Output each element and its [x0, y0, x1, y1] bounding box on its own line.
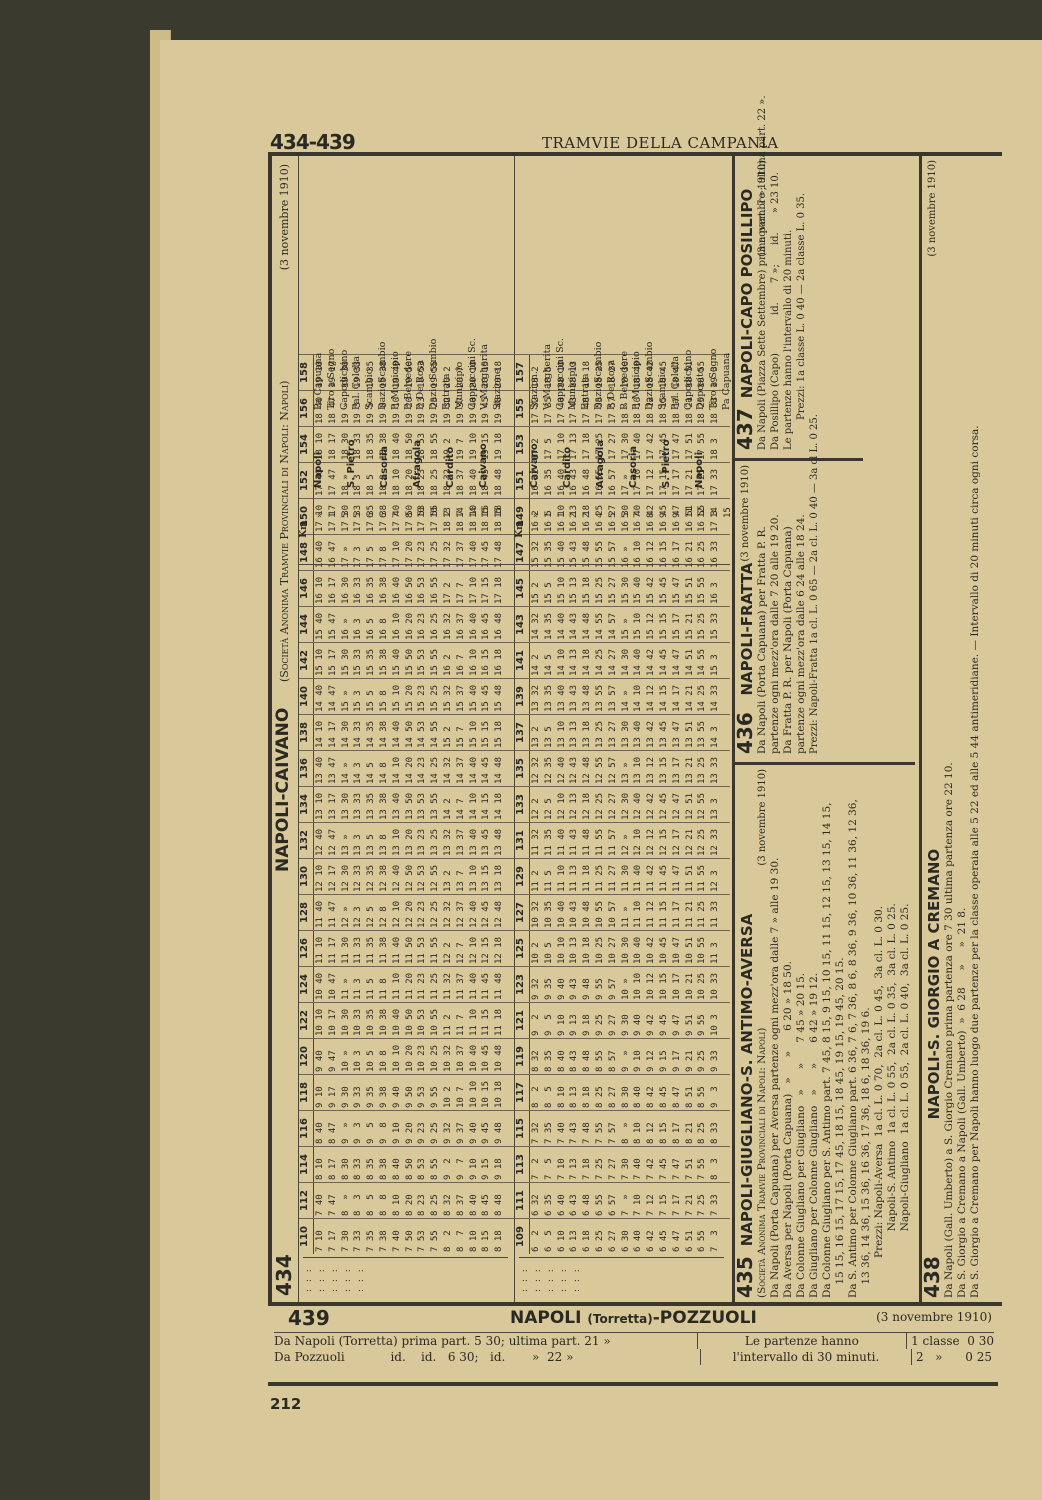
- company-note: (Società Anonima Tramvie Provinciali di …: [278, 381, 291, 682]
- stop-name: P. Belvedere: [619, 160, 632, 410]
- train-times: 14 32 14 35 14 40 14 43 14 48 14 55 14 5…: [530, 607, 722, 642]
- stop-name: Capodichino: [339, 160, 352, 410]
- train-number: 141: [515, 643, 530, 678]
- train-column: 1137 2 7 5 7 10 7 13 7 18 7 25 7 27 7 30…: [515, 1146, 730, 1182]
- schedule-lines: Da Napoli (Porta Capuana) per Fratta P. …: [756, 465, 808, 754]
- stop-name: P. Belvedere: [403, 160, 416, 410]
- train-number: 144: [299, 607, 314, 642]
- train-column: 13413 10 13 17 13 30 13 33 13 35 13 38 1…: [299, 786, 514, 822]
- section-434-header: 434 NAPOLI-CAIVANO (Società Anonima Tram…: [272, 156, 299, 1302]
- train-number: 127: [515, 895, 530, 930]
- train-number: 130: [299, 859, 314, 894]
- train-column: 14515 2 15 5 15 10 15 13 15 18 15 25 15 …: [515, 570, 730, 606]
- stop-name: Municipio: [567, 160, 580, 410]
- train-times: 7 40 7 47 8 » 8 3 8 5 8 8 8 10 8 20 8 23…: [314, 1183, 506, 1218]
- section-434: 434 NAPOLI-CAIVANO (Società Anonima Tram…: [272, 156, 735, 1302]
- stop-name: Stazion.: [529, 160, 542, 410]
- price-list: Prezzi: Napoli-Aversa 1a cl. L. 0 70, 2a…: [873, 769, 912, 1298]
- section-437: 437 NAPOLI-CAPO POSILLIPO (3 novembre 19…: [735, 156, 863, 454]
- town-name: Caivano: [529, 443, 540, 488]
- page-number: 212: [270, 1395, 301, 1413]
- train-column: 12410 40 10 47 11 » 11 3 11 5 11 8 11 10…: [299, 966, 514, 1002]
- section-title: NAPOLI-GIUGLIANO-S. ANTIMO-AVERSA: [738, 914, 756, 1247]
- train-times: 15 40 15 47 16 » 16 3 16 5 16 8 16 10 16…: [314, 607, 506, 642]
- schedule-line: Da Napoli (Porta Capuana) per Fratta P. …: [756, 465, 769, 754]
- train-number: 131: [515, 823, 530, 858]
- train-number: 157: [515, 355, 530, 390]
- section-438: 438 NAPOLI-S. GIORGIO A CREMANO (3 novem…: [919, 156, 998, 1302]
- section-number: 439: [288, 1306, 330, 1330]
- section-title: NAPOLI-CAPO POSILLIPO: [738, 189, 756, 398]
- schedule-row: Da Pozzuoli id. id. 6 30; id. » 22 » l'i…: [274, 1349, 994, 1365]
- schedule-line: Da Colonne Giugliano per S. Antimo part.…: [821, 769, 834, 1298]
- schedule-row: Da Napoli (Torretta) prima part. 5 30; u…: [274, 1333, 994, 1349]
- effective-date: (3 novembre 1910): [876, 1310, 992, 1324]
- rotated-timetable-frame: 434 NAPOLI-CAIVANO (Società Anonima Tram…: [268, 152, 1002, 1306]
- train-number: 123: [515, 967, 530, 1002]
- train-times: 13 32 13 35 13 40 13 43 13 48 13 55 13 5…: [530, 679, 722, 714]
- section-title: NAPOLI-CAIVANO: [273, 708, 293, 872]
- train-column: 14114 2 14 5 14 10 14 13 14 18 14 25 14 …: [515, 642, 730, 678]
- train-column: 13312 2 12 5 12 10 12 13 12 18 12 25 12 …: [515, 786, 730, 822]
- train-number: 143: [515, 607, 530, 642]
- stop-name: V. Margherita: [479, 160, 492, 410]
- town-name: Afragola: [595, 440, 606, 488]
- train-column: 1178 2 8 5 8 10 8 13 8 18 8 25 8 27 8 30…: [515, 1074, 730, 1110]
- train-number: 145: [515, 571, 530, 606]
- train-number: 116: [299, 1111, 314, 1146]
- stop-name: P. Municipio: [631, 160, 644, 410]
- train-times: 11 2 11 5 11 10 11 13 11 18 11 25 11 27 …: [530, 859, 722, 894]
- train-number: 121: [515, 1003, 530, 1038]
- stop-name: Pal. Colella: [351, 160, 364, 410]
- schedule-line: Da Napoli (Porta Capuana) per Aversa par…: [769, 769, 782, 1298]
- stop-name: Scambio: [364, 160, 377, 410]
- effective-date: (3 novembre 1910): [926, 160, 939, 257]
- train-number: 138: [299, 715, 314, 750]
- train-column: 14616 10 16 17 16 30 16 33 16 35 16 38 1…: [299, 570, 514, 606]
- train-times: 8 32 8 35 8 40 8 43 8 48 8 55 8 57 9 » 9…: [530, 1039, 722, 1074]
- stop-name: P. Municipio: [390, 160, 403, 410]
- price-row: Prezzi: Napoli-Aversa 1a cl. L. 0 70, 2a…: [873, 769, 886, 1258]
- fare-info: 2 » 0 25: [911, 1349, 994, 1365]
- schedule-line: 15 15, 16 15, 17 15, 17 45, 18 15, 18 45…: [834, 769, 847, 1298]
- price-row: Napoli-Giugliano 1a cl. L. 0 55, 2a cl. …: [899, 769, 912, 1258]
- train-column: 14415 40 15 47 16 » 16 3 16 5 16 8 16 10…: [299, 606, 514, 642]
- effective-date: (3 novembre 1910): [739, 465, 752, 562]
- schedule-line: Da S. Giorgio a Cremano a Napoli (Gall. …: [956, 160, 969, 1298]
- km-column: Km » 1 5 5 6 6 7 8 10 10 13 14 14 15 15: [299, 494, 514, 565]
- train-times: 6 2 6 5 6 10 6 13 6 18 6 25 6 27 6 30 6 …: [530, 1219, 722, 1254]
- train-column: 14314 32 14 35 14 40 14 43 14 48 14 55 1…: [515, 606, 730, 642]
- lower-sections: 435 NAPOLI-GIUGLIANO-S. ANTIMO-AVERSA (S…: [735, 156, 998, 1302]
- schedule-line: Da Napoli (Gall. Umberto) a S. Giorgio C…: [943, 160, 956, 1298]
- train-number: 117: [515, 1075, 530, 1110]
- prices: Prezzi: 1a classe L. 0 40 — 2a classe L.…: [795, 160, 808, 450]
- train-number: 109: [515, 1219, 530, 1254]
- train-times: 12 10 12 17 12 30 12 33 12 35 12 38 12 4…: [314, 859, 506, 894]
- train-number: 151: [515, 463, 530, 498]
- schedule-line: Da Colonne Giugliano per Giugliano » » 7…: [795, 769, 808, 1298]
- stop-name: Entrata: [580, 160, 593, 410]
- town-name: Napoli: [313, 452, 324, 488]
- stop-name: DazioScambio: [644, 160, 657, 410]
- stop-name: P. De Rosa: [415, 160, 428, 410]
- train-column: 1168 40 8 47 9 » 9 3 9 5 9 8 9 10 9 20 9…: [299, 1110, 514, 1146]
- stop-name: Capodichino: [683, 160, 696, 410]
- train-times: 10 40 10 47 11 » 11 3 11 5 11 8 11 10 11…: [314, 967, 506, 1002]
- stop-name: Stazione: [492, 160, 505, 410]
- schedule-line: Da S. Antimo per Colonne Giugliano part.…: [847, 769, 860, 1298]
- train-column: 1116 32 6 35 6 40 6 43 6 48 6 55 6 57 7 …: [515, 1182, 730, 1218]
- train-times: 7 32 7 35 7 40 7 43 7 48 7 55 7 57 8 » 8…: [530, 1111, 722, 1146]
- blank-dots: : : : : : : : : : : : : : : :: [519, 1257, 724, 1292]
- departure-info: Da Napoli (Torretta) prima part. 5 30; u…: [274, 1333, 697, 1349]
- train-number: 110: [299, 1219, 314, 1254]
- stop-name: Pa Capuana: [313, 160, 326, 410]
- train-times: 14 40 14 47 15 » 15 3 15 5 15 8 15 10 15…: [314, 679, 506, 714]
- schedule-line: 13 36, 14 36, 15 36, 16 36, 17 36, 18 6,…: [860, 769, 873, 1298]
- km-header: Km: [299, 494, 314, 564]
- title-main: NAPOLI: [510, 1308, 581, 1328]
- train-times: 8 40 8 47 9 » 9 3 9 5 9 8 9 10 9 20 9 23…: [314, 1111, 506, 1146]
- train-times: 12 40 12 47 13 » 13 3 13 5 13 8 13 10 13…: [314, 823, 506, 858]
- section-number: 434: [272, 1254, 296, 1296]
- fare-info: 1 classe 0 30: [906, 1333, 994, 1349]
- title-end: -POZZUOLI: [653, 1308, 757, 1328]
- town-name: Napoli: [694, 452, 705, 488]
- train-number: 114: [299, 1147, 314, 1182]
- blank-dots: : : : : : : : : : : : : : : :: [303, 1257, 508, 1292]
- train-times: 14 2 14 5 14 10 14 13 14 18 14 25 14 27 …: [530, 643, 722, 678]
- train-times: 13 40 13 47 14 » 14 3 14 5 14 8 14 10 14…: [314, 751, 506, 786]
- train-column: 13212 40 12 47 13 » 13 3 13 5 13 8 13 10…: [299, 822, 514, 858]
- train-number: 133: [515, 787, 530, 822]
- section-435: 435 NAPOLI-GIUGLIANO-S. ANTIMO-AVERSA (S…: [735, 762, 915, 1302]
- page-title: TRAMVIE DELLA CAMPANIA: [542, 134, 779, 152]
- train-column: 13012 10 12 17 12 30 12 33 12 35 12 38 1…: [299, 858, 514, 894]
- train-number: 154: [299, 427, 314, 462]
- effective-date: (3 novembre 1910): [278, 164, 291, 270]
- train-times: 16 10 16 17 16 30 16 33 16 35 16 38 16 4…: [314, 571, 506, 606]
- train-number: 136: [299, 751, 314, 786]
- interval-info: l'intervallo di 30 minuti.: [700, 1349, 911, 1365]
- train-times: 9 10 9 17 9 30 9 33 9 35 9 38 9 40 9 50 …: [314, 1075, 506, 1110]
- train-times: 15 10 15 17 15 30 15 33 15 35 15 38 15 4…: [314, 643, 506, 678]
- stop-name: Municipio: [454, 160, 467, 410]
- section-title: NAPOLI-FRATTA: [738, 563, 756, 696]
- town-name: Cardito: [445, 447, 456, 488]
- stop-name: DazioScambio: [593, 160, 606, 410]
- km-column: Km » 1 1 2 2 4 5 5 7 8 9 9 11 12 14 15: [515, 494, 730, 565]
- interval-info: Le partenze hanno: [697, 1333, 906, 1349]
- town-name: S. Pietro: [661, 439, 672, 488]
- train-column: 13512 32 12 35 12 40 12 43 12 48 12 55 1…: [515, 750, 730, 786]
- train-column: 1157 32 7 35 7 40 7 43 7 48 7 55 7 57 8 …: [515, 1110, 730, 1146]
- train-times: 11 32 11 35 11 40 11 43 11 48 11 55 11 5…: [530, 823, 722, 858]
- train-number: 112: [299, 1183, 314, 1218]
- price-row: Napoli-S. Antimo 1a cl. L. 0 55, 2a cl. …: [886, 769, 899, 1258]
- train-column: 13613 40 13 47 14 » 14 3 14 5 14 8 14 10…: [299, 750, 514, 786]
- train-column: 13111 32 11 35 11 40 11 43 11 48 11 55 1…: [515, 822, 730, 858]
- train-number: 140: [299, 679, 314, 714]
- train-column: 1127 40 7 47 8 » 8 3 8 5 8 8 8 10 8 20 8…: [299, 1182, 514, 1218]
- section-number: 436: [733, 712, 757, 754]
- town-names: CaivanoCarditoAfragolaCasoriaS. PietroNa…: [529, 412, 729, 492]
- train-number: 126: [299, 931, 314, 966]
- stop-names: Stazion.V. MargheritaCappuccini Sc.Munic…: [529, 160, 734, 410]
- train-number: 146: [299, 571, 314, 606]
- schedule-line: partenze ogni mezz'ora dalle 6 24 alle 1…: [795, 465, 808, 754]
- train-number: 153: [515, 427, 530, 462]
- train-number: 158: [299, 355, 314, 390]
- section-436: 436 NAPOLI-FRATTA (3 novembre 1910) Da N…: [735, 458, 863, 758]
- title-paren: (Torretta): [587, 1312, 652, 1326]
- train-column: 1148 10 8 17 8 30 8 33 8 35 8 38 8 40 8 …: [299, 1146, 514, 1182]
- train-times: 7 10 7 17 7 30 7 33 7 35 7 38 7 40 7 50 …: [314, 1219, 506, 1254]
- train-column: 1107 10 7 17 7 30 7 33 7 35 7 38 7 40 7 …: [299, 1218, 514, 1254]
- train-column: 12811 40 11 47 12 » 12 3 12 5 12 8 12 10…: [299, 894, 514, 930]
- schedule-line: Da Posillipo (Capo) id. 7 »; id. » 23 10…: [769, 160, 782, 450]
- train-number: 122: [299, 1003, 314, 1038]
- train-times: 11 10 11 17 11 30 11 33 11 35 11 38 11 4…: [314, 931, 506, 966]
- town-name: Caivano: [478, 443, 489, 488]
- train-times: 12 32 12 35 12 40 12 43 12 48 12 55 12 5…: [530, 751, 722, 786]
- outbound-table: : : : : : : : : : : : : : : : 1107 10 7 …: [299, 156, 515, 1302]
- train-times: 13 10 13 17 13 30 13 33 13 35 13 38 13 4…: [314, 787, 506, 822]
- stop-name: Cappuccini Sc.: [555, 160, 568, 410]
- train-column: 1189 10 9 17 9 30 9 33 9 35 9 38 9 40 9 …: [299, 1074, 514, 1110]
- schedule-line: Da Aversa per Napoli (Porta Capuana) » »…: [782, 769, 795, 1298]
- train-column: 1198 32 8 35 8 40 8 43 8 48 8 55 8 57 9 …: [515, 1038, 730, 1074]
- schedule-rows: Da Napoli (Torretta) prima part. 5 30; u…: [274, 1332, 994, 1365]
- town-name: S. Pietro: [346, 439, 357, 488]
- train-times: 12 2 12 5 12 10 12 13 12 18 12 25 12 27 …: [530, 787, 722, 822]
- schedule-lines: Da Napoli (Gall. Umberto) a S. Giorgio C…: [943, 160, 982, 1298]
- schedule-lines: Da Napoli (Porta Capuana) per Aversa par…: [769, 769, 873, 1298]
- train-number: 118: [299, 1075, 314, 1110]
- train-times: 6 32 6 35 6 40 6 43 6 48 6 55 6 57 7 » 7…: [530, 1183, 722, 1218]
- train-times: 15 2 15 5 15 10 15 13 15 18 15 25 15 27 …: [530, 571, 722, 606]
- prices: Prezzi: Napoli-Fratta 1a cl. L. 0 65 — 2…: [808, 465, 821, 754]
- train-column: 12710 32 10 35 10 40 10 43 10 48 10 55 1…: [515, 894, 730, 930]
- train-times: 14 10 14 17 14 30 14 33 14 35 14 38 14 4…: [314, 715, 506, 750]
- rotated-content: 434 NAPOLI-CAIVANO (Società Anonima Tram…: [272, 156, 998, 1302]
- stop-names: Pa CapuanaTiro a SegnoCapodichinoPal. Co…: [313, 160, 505, 410]
- train-column: 12510 2 10 5 10 10 10 13 10 18 10 25 10 …: [515, 930, 730, 966]
- train-times: 10 32 10 35 10 40 10 43 10 48 10 55 10 5…: [530, 895, 722, 930]
- train-column: 13913 32 13 35 13 40 13 43 13 48 13 55 1…: [515, 678, 730, 714]
- train-number: 135: [515, 751, 530, 786]
- schedule-line: Da Giugliano per Colonne Giugliano » » 6…: [808, 769, 821, 1298]
- schedule-line: Da S. Giorgio a Cremano per Napoli hanno…: [969, 160, 982, 1298]
- stop-name: Dazio Scambio: [428, 160, 441, 410]
- section-number: 437: [733, 408, 757, 450]
- train-number: 137: [515, 715, 530, 750]
- stop-name: Deposito: [695, 160, 708, 410]
- stop-name: Scambio: [657, 160, 670, 410]
- train-number: 155: [515, 391, 530, 426]
- town-name: Casoria: [628, 446, 639, 488]
- stop-name: Pal. Colella: [670, 160, 683, 410]
- town-name: Afragola: [412, 440, 423, 488]
- company-note: (Società Anonima Tramvie Provinciali di …: [756, 1028, 768, 1298]
- train-column: 13814 10 14 17 14 30 14 33 14 35 14 38 1…: [299, 714, 514, 750]
- stop-name: Tiro a Segno: [708, 160, 721, 410]
- town-name: Cardito: [562, 447, 573, 488]
- train-times: 8 10 8 17 8 30 8 33 8 35 8 38 8 40 8 50 …: [314, 1147, 506, 1182]
- town-name: Casoria: [379, 446, 390, 488]
- train-number: 111: [515, 1183, 530, 1218]
- section-number: 435: [733, 1256, 757, 1298]
- train-number: 152: [299, 463, 314, 498]
- section-title: NAPOLI-S. GIORGIO A CREMANO: [925, 849, 943, 1120]
- train-number: 156: [299, 391, 314, 426]
- train-number: 142: [299, 643, 314, 678]
- section-range: 434-439: [270, 130, 355, 154]
- section-439: 439 NAPOLI (Torretta)-POZZUOLI (3 novemb…: [268, 1302, 998, 1386]
- train-column: 1096 2 6 5 6 10 6 13 6 18 6 25 6 27 6 30…: [515, 1218, 730, 1254]
- train-times: 10 2 10 5 10 10 10 13 10 18 10 25 10 27 …: [530, 931, 722, 966]
- effective-date: (3 novembre 1910): [756, 769, 769, 866]
- train-times: 11 40 11 47 12 » 12 3 12 5 12 8 12 10 12…: [314, 895, 506, 930]
- stop-name: V. Margherita: [542, 160, 555, 410]
- train-times: 9 32 9 35 9 40 9 43 9 48 9 55 9 57 10 » …: [530, 967, 722, 1002]
- schedule-lines: Da Napoli (Piazza Sette Settembre) prima…: [756, 160, 795, 450]
- train-column: 12911 2 11 5 11 10 11 13 11 18 11 25 11 …: [515, 858, 730, 894]
- km-header: Km: [515, 494, 530, 564]
- train-number: 120: [299, 1039, 314, 1074]
- train-column: 13713 2 13 5 13 10 13 13 13 18 13 25 13 …: [515, 714, 730, 750]
- train-column: 1219 2 9 5 9 10 9 13 9 18 9 25 9 27 9 30…: [515, 1002, 730, 1038]
- train-times: 9 40 9 47 10 » 10 3 10 5 10 8 10 10 10 2…: [314, 1039, 506, 1074]
- train-number: 119: [515, 1039, 530, 1074]
- stop-name: P. De Rosa: [606, 160, 619, 410]
- train-number: 132: [299, 823, 314, 858]
- schedule-line: partenze ogni mezz'ora dalle 7 20 alle 1…: [769, 465, 782, 754]
- schedule-line: Le partenze hanno l'intervallo di 20 min…: [782, 160, 795, 450]
- train-number: 139: [515, 679, 530, 714]
- section-title: NAPOLI (Torretta)-POZZUOLI: [510, 1308, 757, 1328]
- train-number: 128: [299, 895, 314, 930]
- train-number: 125: [515, 931, 530, 966]
- train-column: 12210 10 10 17 10 30 10 33 10 35 10 38 1…: [299, 1002, 514, 1038]
- train-column: 1239 32 9 35 9 40 9 43 9 48 9 55 9 57 10…: [515, 966, 730, 1002]
- train-times: 10 10 10 17 10 30 10 33 10 35 10 38 10 4…: [314, 1003, 506, 1038]
- stop-name: Tiro a Segno: [326, 160, 339, 410]
- inbound-table: : : : : : : : : : : : : : : : 1096 2 6 5…: [515, 156, 730, 1302]
- stop-name: Pa Capuana: [721, 160, 734, 410]
- train-number: 115: [515, 1111, 530, 1146]
- schedule-line: Da Fratta P. R. per Napoli (Porta Capuan…: [782, 465, 795, 754]
- train-number: 113: [515, 1147, 530, 1182]
- train-number: 124: [299, 967, 314, 1002]
- train-column: 14215 10 15 17 15 30 15 33 15 35 15 38 1…: [299, 642, 514, 678]
- km-values: » 1 5 5 6 6 7 8 10 10 13 14 14 15 15: [314, 494, 506, 564]
- train-times: 8 2 8 5 8 10 8 13 8 18 8 25 8 27 8 30 8 …: [530, 1075, 722, 1110]
- departure-info: Da Pozzuoli id. id. 6 30; id. » 22 »: [274, 1349, 700, 1365]
- stop-name: Entrata: [441, 160, 454, 410]
- schedule-line: Da Napoli (Piazza Sette Settembre) prima…: [756, 160, 769, 450]
- train-number: 129: [515, 859, 530, 894]
- section-number: 438: [920, 1256, 944, 1298]
- train-column: 12611 10 11 17 11 30 11 33 11 35 11 38 1…: [299, 930, 514, 966]
- stop-name: Cappuccini Sc.: [467, 160, 480, 410]
- km-values: » 1 1 2 2 4 5 5 7 8 9 9 11 12 14 15: [530, 494, 735, 564]
- train-column: 1209 40 9 47 10 » 10 3 10 5 10 8 10 10 1…: [299, 1038, 514, 1074]
- train-times: 7 2 7 5 7 10 7 13 7 18 7 25 7 27 7 30 7 …: [530, 1147, 722, 1182]
- train-times: 9 2 9 5 9 10 9 13 9 18 9 25 9 27 9 30 9 …: [530, 1003, 722, 1038]
- town-names: NapoliS. PietroCasoriaAfragolaCarditoCai…: [313, 412, 513, 492]
- train-times: 13 2 13 5 13 10 13 13 13 18 13 25 13 27 …: [530, 715, 722, 750]
- train-column: 14014 40 14 47 15 » 15 3 15 5 15 8 15 10…: [299, 678, 514, 714]
- train-number: 134: [299, 787, 314, 822]
- stop-name: DazioScambio: [377, 160, 390, 410]
